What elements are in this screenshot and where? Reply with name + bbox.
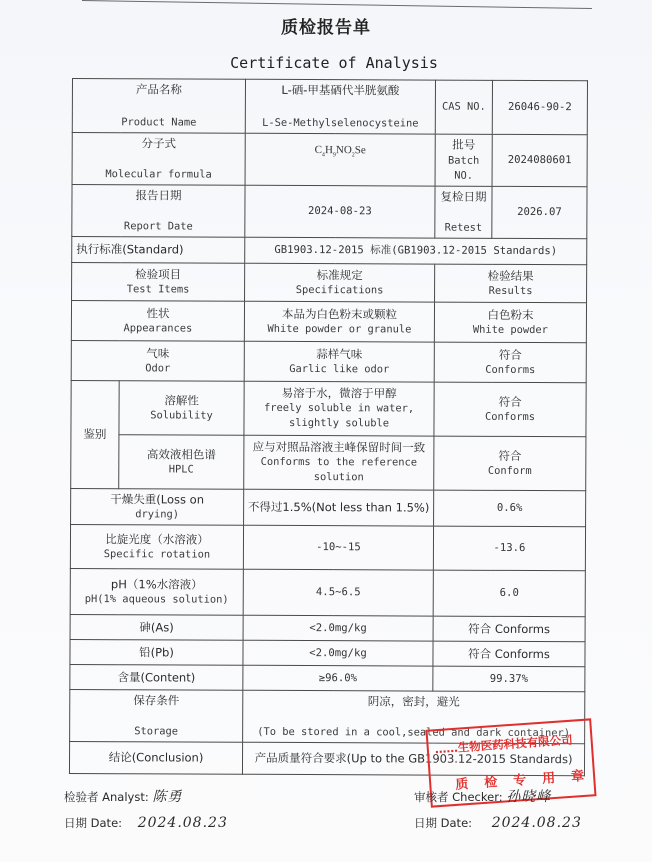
row-product-name: 产品名称 Product Name L-硒-甲基硒代半胱氨酸 L-Se-Meth… [72,79,587,135]
solubility-item: 溶解性 Solubility [119,381,244,436]
solubility-spec: 易溶于水，微溶于甲醇 freely soluble in water, slig… [244,381,434,436]
cas-value: 26046-90-2 [492,80,587,134]
certificate-page: 质检报告单 Certificate of Analysis 产品名称 Produ… [0,0,652,862]
loss-on-drying-result: 0.6% [434,490,586,527]
analyst-date-label: 日期 Date: [64,816,122,830]
solubility-result: 符合 Conforms [434,382,586,437]
ph-result: 6.0 [433,570,585,617]
header-specifications: 标准规定 Specifications [245,263,435,302]
product-name-label: 产品名称 Product Name [72,79,245,134]
row-lead: 铅(Pb) <2.0mg/kg 符合 Conforms [70,639,585,666]
checker-date-label: 日期 Date: [414,816,472,830]
product-name-value: L-硒-甲基硒代半胱氨酸 L-Se-Methylselenocysteine [245,79,435,134]
analyst-label: 检验者 Analyst: [64,790,149,804]
lead-spec: <2.0mg/kg [243,640,433,666]
standard-value: GB1903.12-2015 标准(GB1903.12-2015 Standar… [245,237,587,264]
row-loss-on-drying: 干燥失重(Loss on drying) 不得过1.5%(Not less th… [71,488,586,526]
hplc-spec: 应与对照品溶液主峰保留时间一致 Conforms to the referenc… [244,435,434,490]
hplc-item: 高效液相色谱 HPLC [119,435,244,490]
storage-item: 保存条件 Storage [70,689,243,742]
lead-result: 符合 Conforms [433,641,585,667]
odor-result: 符合 Conforms [434,342,586,383]
analyst-date: 2024.08.23 [138,815,228,831]
cas-label: CAS NO. [435,80,492,134]
batch-value: 2024080601 [492,134,587,186]
hplc-result: 符合 Conform [434,436,586,491]
row-column-headers: 检验项目 Test Items 标准规定 Specifications 检验结果… [72,263,587,303]
row-report-date: 报告日期 Report Date 2024-08-23 复检日期 Retest … [72,185,587,239]
lead-item: 铅(Pb) [70,639,243,665]
checker-signature: 孙晓峰 [506,789,551,805]
row-standard: 执行标准(Standard) GB1903.12-2015 标准(GB1903.… [72,237,587,265]
stamp-company-name: ……生物医药科技有限公司 [434,732,573,758]
checker-date: 2024.08.23 [492,815,582,831]
conclusion-item: 结论(Conclusion) [69,741,242,774]
arsenic-result: 符合 Conforms [433,616,585,642]
rotation-item: 比旋光度（水溶液） Specific rotation [70,524,243,569]
arsenic-item: 砷(As) [70,614,243,640]
retest-value: 2026.07 [492,186,587,238]
appearance-result: 白色粉末 White powder [434,302,586,343]
rotation-spec: -10~-15 [243,525,433,570]
row-specific-rotation: 比旋光度（水溶液） Specific rotation -10~-15 -13.… [70,524,585,570]
header-test-items: 检验项目 Test Items [72,263,245,302]
report-date-label: 报告日期 Report Date [72,185,245,238]
row-odor: 气味 Odor 蒜样气味 Garlic like odor 符合 Conform… [71,340,586,382]
identification-label: 鉴别 [71,380,119,488]
analyst-date-line: 日期 Date: 2024.08.23 [64,815,228,831]
standard-label: 执行标准(Standard) [72,237,245,264]
row-content: 含量(Content) ≥96.0% 99.37% [70,664,585,691]
appearance-item: 性状 Appearances [71,301,244,342]
row-formula: 分子式 Molecular formula C4H9NO2Se 批号 Batch… [72,133,587,187]
ph-spec: 4.5~6.5 [243,569,433,616]
paper-edge [82,0,592,9]
content-result: 99.37% [433,666,585,692]
loss-on-drying-spec: 不得过1.5%(Not less than 1.5%) [244,489,434,526]
header-results: 检验结果 Results [435,264,587,303]
retest-label: 复检日期 Retest [435,186,492,238]
arsenic-spec: <2.0mg/kg [243,615,433,641]
content-spec: ≥96.0% [243,665,433,691]
checker-signature-line: 审核者 Checker: 孙晓峰 [414,786,551,806]
odor-item: 气味 Odor [71,340,244,381]
appearance-spec: 本品为白色粉末或颗粒 White powder or granule [244,301,434,342]
title-chinese: 质检报告单 [0,13,652,38]
row-arsenic: 砷(As) <2.0mg/kg 符合 Conforms [70,614,585,641]
batch-label: 批号 Batch NO. [435,134,492,186]
formula-value: C4H9NO2Se [245,133,435,186]
formula-label: 分子式 Molecular formula [72,133,245,186]
rotation-result: -13.6 [433,526,585,571]
title-english: Certificate of Analysis [0,54,652,72]
checker-date-line: 日期 Date: 2024.08.23 [414,815,582,831]
odor-spec: 蒜样气味 Garlic like odor [244,341,434,382]
ph-item: pH（1%水溶液） pH(1% aqueous solution) [70,568,243,615]
report-date-value: 2024-08-23 [245,185,435,238]
formula-text: C4H9NO2Se [315,144,366,156]
coa-table: 产品名称 Product Name L-硒-甲基硒代半胱氨酸 L-Se-Meth… [69,78,588,776]
row-hplc: 高效液相色谱 HPLC 应与对照品溶液主峰保留时间一致 Conforms to … [71,434,586,490]
row-solubility: 鉴别 溶解性 Solubility 易溶于水，微溶于甲醇 freely solu… [71,380,586,436]
row-appearance: 性状 Appearances 本品为白色粉末或颗粒 White powder o… [71,301,586,343]
coa-table-wrapper: 产品名称 Product Name L-硒-甲基硒代半胱氨酸 L-Se-Meth… [69,78,587,776]
analyst-signature: 陈勇 [152,789,182,805]
row-ph: pH（1%水溶液） pH(1% aqueous solution) 4.5~6.… [70,568,585,616]
analyst-signature-line: 检验者 Analyst: 陈勇 [64,786,182,806]
content-item: 含量(Content) [70,664,243,690]
loss-on-drying-item: 干燥失重(Loss on drying) [71,488,244,525]
checker-label: 审核者 Checker: [414,790,503,804]
